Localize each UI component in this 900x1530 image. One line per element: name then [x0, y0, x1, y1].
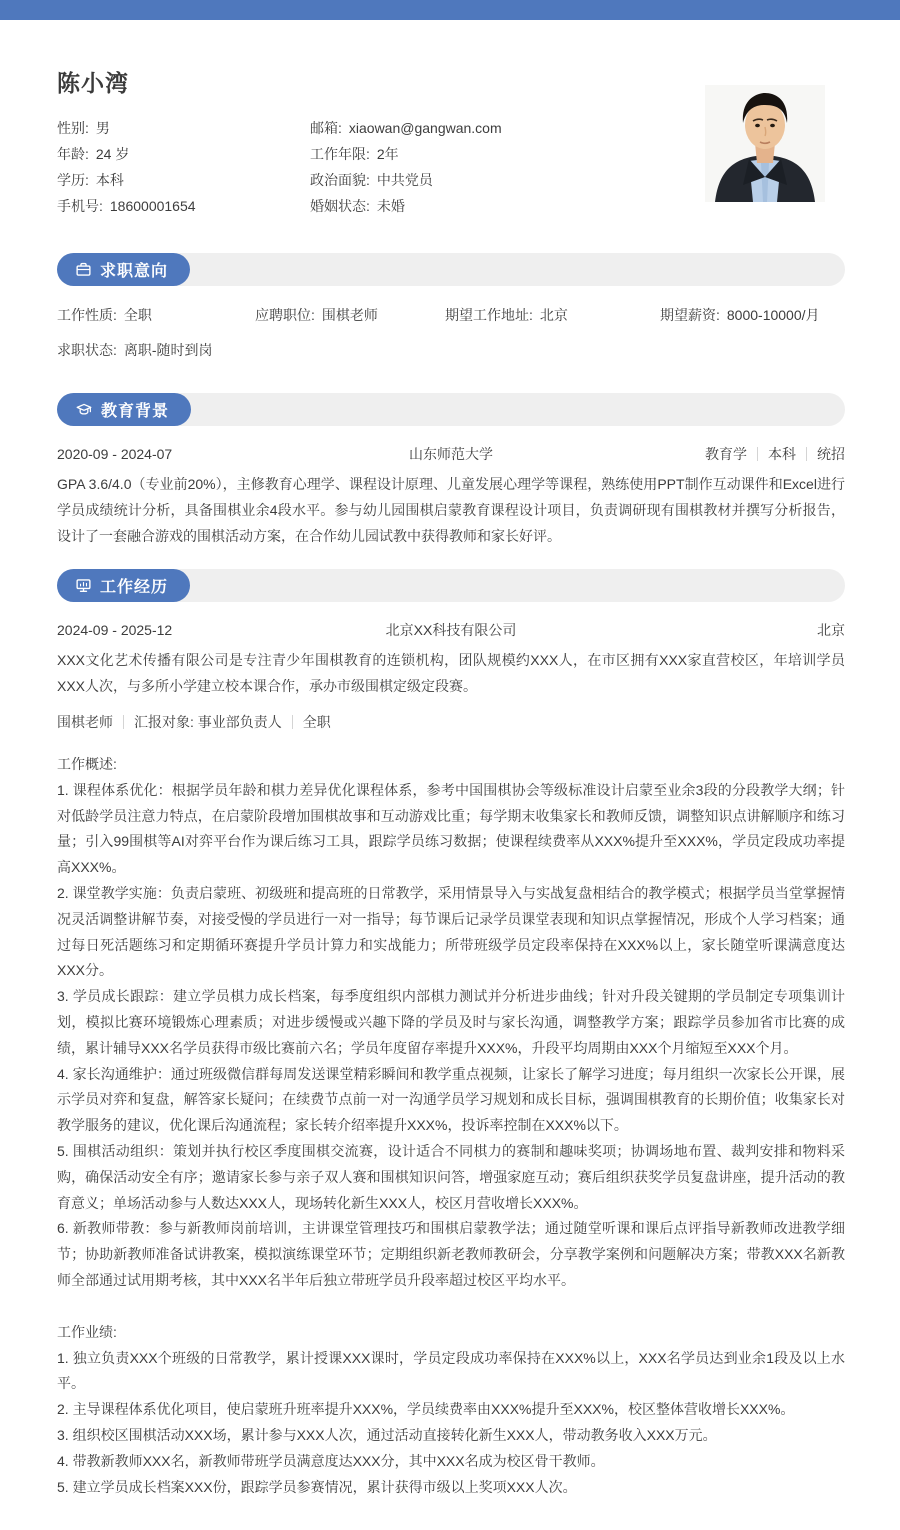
section-work-header: 工作经历 — [57, 569, 845, 602]
field-value: 男 — [96, 115, 110, 141]
work-achievement-item: 2. 主导课程体系优化项目，使启蒙班升班率提升XXX%，学员续费率由XXX%提升… — [57, 1397, 845, 1423]
field-value: 本科 — [96, 167, 124, 193]
field-label: 邮箱: — [310, 115, 342, 141]
profile-field-gender: 性别: 男 — [57, 115, 310, 141]
field-value: 8000-10000/月 — [727, 302, 820, 328]
job-intent-position: 应聘职位: 围棋老师 — [255, 302, 445, 328]
education-degree-info: 教育学 本科 统招 — [626, 441, 845, 467]
field-value: 围棋老师 — [322, 302, 378, 328]
field-value: 中共党员 — [377, 167, 433, 193]
education-meta-row: 2020-09 - 2024-07 山东师范大学 教育学 本科 统招 — [57, 441, 845, 467]
divider — [806, 447, 807, 461]
work-period: 2024-09 - 2025-12 — [57, 617, 276, 643]
education-description: GPA 3.6/4.0（专业前20%），主修教育心理学、课程设计原理、儿童发展心… — [57, 472, 845, 549]
section-education-header: 教育背景 — [57, 393, 845, 426]
field-label: 期望薪资: — [660, 302, 720, 328]
field-value: 2年 — [377, 141, 399, 167]
section-job-intent-header: 求职意向 — [57, 253, 845, 286]
job-intent-row-1: 工作性质: 全职 应聘职位: 围棋老师 期望工作地址: 北京 期望薪资: 800… — [57, 302, 845, 328]
work-company: 北京XX科技有限公司 — [276, 617, 626, 643]
education-major: 教育学 — [705, 441, 747, 467]
work-achievement-item: 1. 独立负责XXX个班级的日常教学，累计授课XXX课时，学员定段成功率保持在X… — [57, 1346, 845, 1398]
field-value: 24 岁 — [96, 141, 129, 167]
field-label: 工作年限: — [310, 141, 370, 167]
job-intent-status: 求职状态: 离职-随时到岗 — [57, 337, 213, 363]
field-value: 北京 — [540, 302, 568, 328]
field-label: 求职状态: — [57, 337, 117, 363]
work-achievement-item: 5. 建立学员成长档案XXX份，跟踪学员参赛情况，累计获得市级以上奖项XXX人次… — [57, 1475, 845, 1501]
work-achievement-label: 工作业绩: — [57, 1320, 845, 1346]
divider — [292, 715, 293, 729]
work-report-to: 汇报对象: 事业部负责人 — [134, 709, 282, 735]
field-label: 学历: — [57, 167, 89, 193]
work-achievement-item: 4. 带教新教师XXX名，新教师带班学员满意度达XXX分，其中XXX名成为校区骨… — [57, 1449, 845, 1475]
work-location: 北京 — [626, 617, 845, 643]
education-school: 山东师范大学 — [276, 441, 626, 467]
work-description: 工作概述: 1. 课程体系优化：根据学员年龄和棋力差异优化课程体系，参考中国围棋… — [57, 752, 845, 1500]
education-admission-type: 统招 — [817, 441, 845, 467]
education-degree: 本科 — [768, 441, 796, 467]
monitor-icon — [75, 577, 92, 594]
profile-field-age: 年龄: 24 岁 — [57, 141, 310, 167]
work-overview-item: 4. 家长沟通维护：通过班级微信群每周发送课堂精彩瞬间和教学重点视频，让家长了解… — [57, 1062, 845, 1139]
section-title: 求职意向 — [100, 258, 168, 281]
work-role: 围棋老师 — [57, 709, 113, 735]
field-label: 工作性质: — [57, 302, 117, 328]
work-overview-item: 2. 课堂教学实施：负责启蒙班、初级班和提高班的日常教学，采用情景导入与实战复盘… — [57, 881, 845, 984]
divider — [123, 715, 124, 729]
work-pill: 工作经历 — [57, 569, 190, 602]
work-overview-item: 5. 围棋活动组织：策划并执行校区季度围棋交流赛，设计适合不同棋力的赛制和趣味奖… — [57, 1139, 845, 1216]
work-role-line: 围棋老师 汇报对象: 事业部负责人 全职 — [57, 709, 845, 735]
field-value: 离职-随时到岗 — [124, 337, 213, 363]
work-meta-row: 2024-09 - 2025-12 北京XX科技有限公司 北京 — [57, 617, 845, 643]
field-label: 期望工作地址: — [445, 302, 533, 328]
field-value: 未婚 — [377, 193, 405, 219]
top-accent-bar — [0, 0, 900, 20]
graduation-cap-icon — [75, 401, 93, 418]
job-intent-row-2: 求职状态: 离职-随时到岗 — [57, 337, 845, 363]
field-label: 年龄: — [57, 141, 89, 167]
section-title: 教育背景 — [101, 398, 169, 421]
job-intent-nature: 工作性质: 全职 — [57, 302, 255, 328]
field-label: 政治面貌: — [310, 167, 370, 193]
work-achievement-item: 3. 组织校区围棋活动XXX场，累计参与XXX人次，通过活动直接转化新生XXX人… — [57, 1423, 845, 1449]
job-intent-pill: 求职意向 — [57, 253, 190, 286]
profile-photo — [705, 85, 825, 202]
field-value: 全职 — [124, 302, 152, 328]
field-label: 婚姻状态: — [310, 193, 370, 219]
profile-field-education: 学历: 本科 — [57, 167, 310, 193]
field-label: 性别: — [57, 115, 89, 141]
work-overview-item: 6. 新教师带教：参与新教师岗前培训，主讲课堂管理技巧和围棋启蒙教学法；通过随堂… — [57, 1216, 845, 1293]
work-overview-label: 工作概述: — [57, 752, 845, 778]
profile-field-phone: 手机号: 18600001654 — [57, 193, 310, 219]
education-period: 2020-09 - 2024-07 — [57, 441, 276, 467]
briefcase-icon — [75, 261, 92, 278]
work-overview-item: 1. 课程体系优化：根据学员年龄和棋力差异优化课程体系，参考中国围棋协会等级标准… — [57, 778, 845, 881]
profile-photo-illustration — [705, 85, 825, 202]
work-employment-type: 全职 — [303, 709, 331, 735]
divider — [757, 447, 758, 461]
field-label: 应聘职位: — [255, 302, 315, 328]
section-title: 工作经历 — [100, 574, 168, 597]
education-pill: 教育背景 — [57, 393, 191, 426]
field-value: 18600001654 — [110, 193, 196, 219]
work-overview-item: 3. 学员成长跟踪：建立学员棋力成长档案，每季度组织内部棋力测试并分析进步曲线；… — [57, 984, 845, 1061]
job-intent-salary: 期望薪资: 8000-10000/月 — [660, 302, 820, 328]
job-intent-location: 期望工作地址: 北京 — [445, 302, 660, 328]
field-label: 手机号: — [57, 193, 103, 219]
field-value: xiaowan@gangwan.com — [349, 115, 502, 141]
company-intro: XXX文化艺术传播有限公司是专注青少年围棋教育的连锁机构，团队规模约XXX人，在… — [57, 648, 845, 700]
